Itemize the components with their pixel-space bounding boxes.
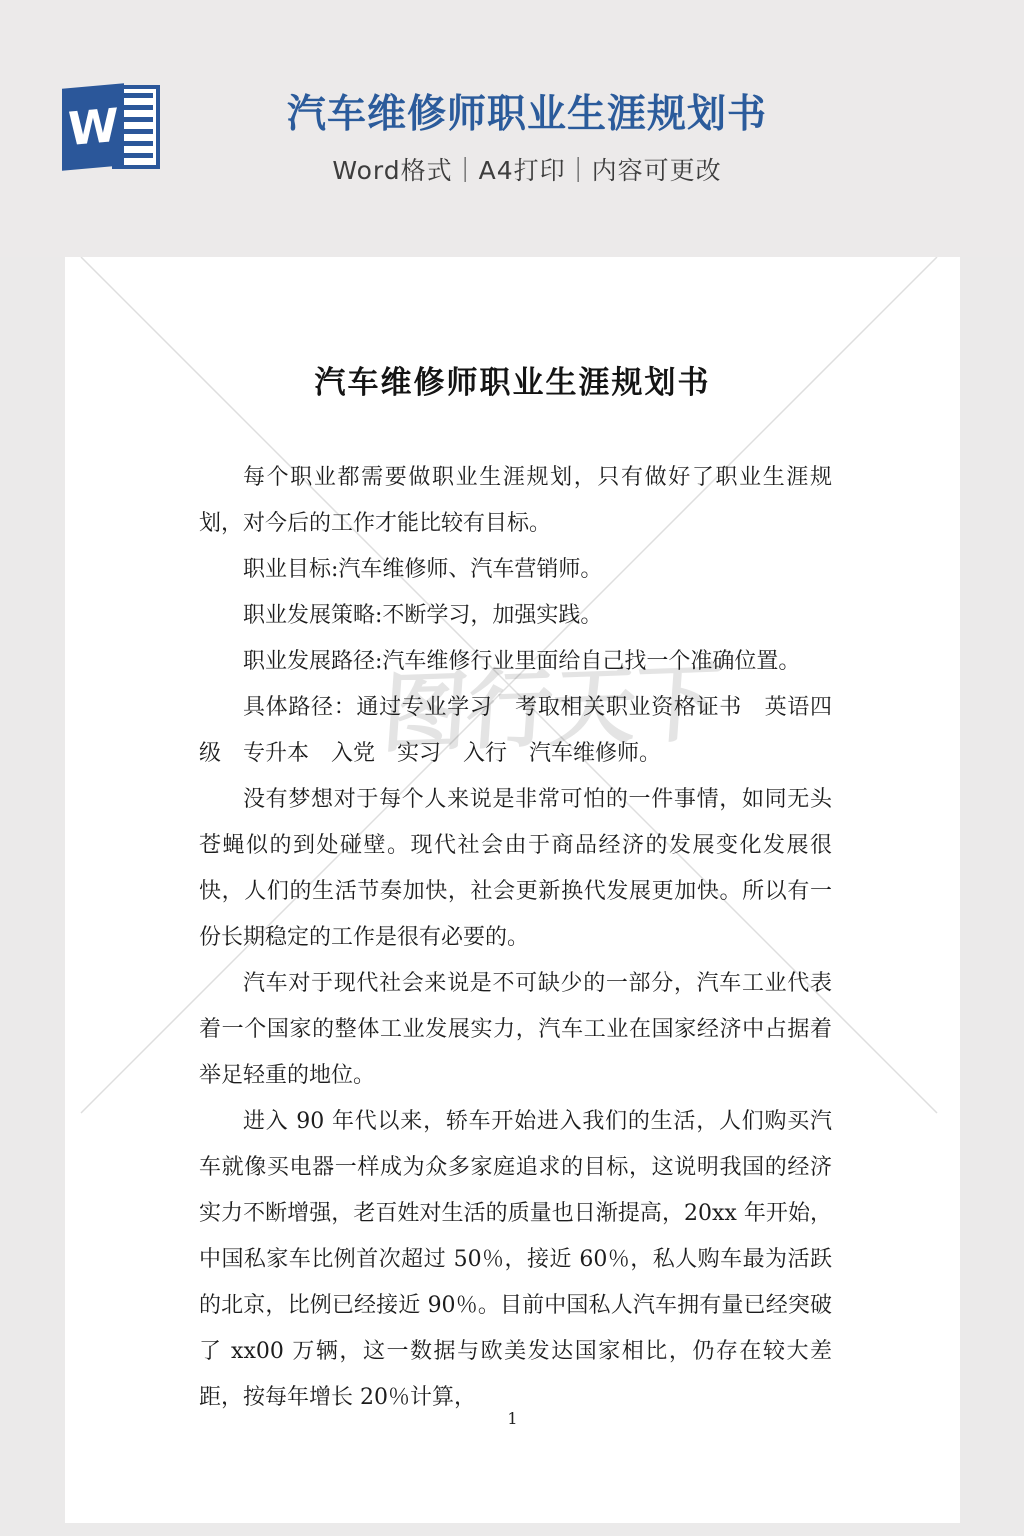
document-paragraph: 没有梦想对于每个人来说是非常可怕的一件事情，如同无头苍蝇似的到处碰壁。现代社会由… <box>199 777 832 961</box>
page-number: 1 <box>65 1409 960 1428</box>
header-document-title: 汽车维修师职业生涯规划书 <box>120 94 934 137</box>
document-title: 汽车维修师职业生涯规划书 <box>65 357 960 402</box>
document-paragraph: 职业发展策略:不断学习，加强实践。 <box>199 593 832 639</box>
word-blue-cover-icon: W <box>62 83 124 170</box>
header-format-subtitle: Word格式｜A4打印｜内容可更改 <box>120 151 934 187</box>
document-paragraph: 进入 90 年代以来，轿车开始进入我们的生活，人们购买汽车就像买电器一样成为众多… <box>199 1099 832 1421</box>
document-paragraph: 职业发展路径:汽车维修行业里面给自己找一个准确位置。 <box>199 639 832 685</box>
document-paragraph: 每个职业都需要做职业生涯规划，只有做好了职业生涯规划，对今后的工作才能比较有目标… <box>199 455 832 547</box>
document-paragraph: 汽车对于现代社会来说是不可缺少的一部分，汽车工业代表着一个国家的整体工业发展实力… <box>199 961 832 1099</box>
document-page: 图行天下 汽车维修师职业生涯规划书 每个职业都需要做职业生涯规划，只有做好了职业… <box>65 257 960 1523</box>
document-paragraph: 职业目标:汽车维修师、汽车营销师。 <box>199 547 832 593</box>
word-letter: W <box>68 102 119 152</box>
site-header: W 汽车维修师职业生涯规划书 Word格式｜A4打印｜内容可更改 <box>0 0 1024 257</box>
header-titles: 汽车维修师职业生涯规划书 Word格式｜A4打印｜内容可更改 <box>120 0 934 187</box>
document-body: 每个职业都需要做职业生涯规划，只有做好了职业生涯规划，对今后的工作才能比较有目标… <box>199 455 832 1421</box>
document-paragraph: 具体路径：通过专业学习 考取相关职业资格证书 英语四级 专升本 入党 实习 入行… <box>199 685 832 777</box>
